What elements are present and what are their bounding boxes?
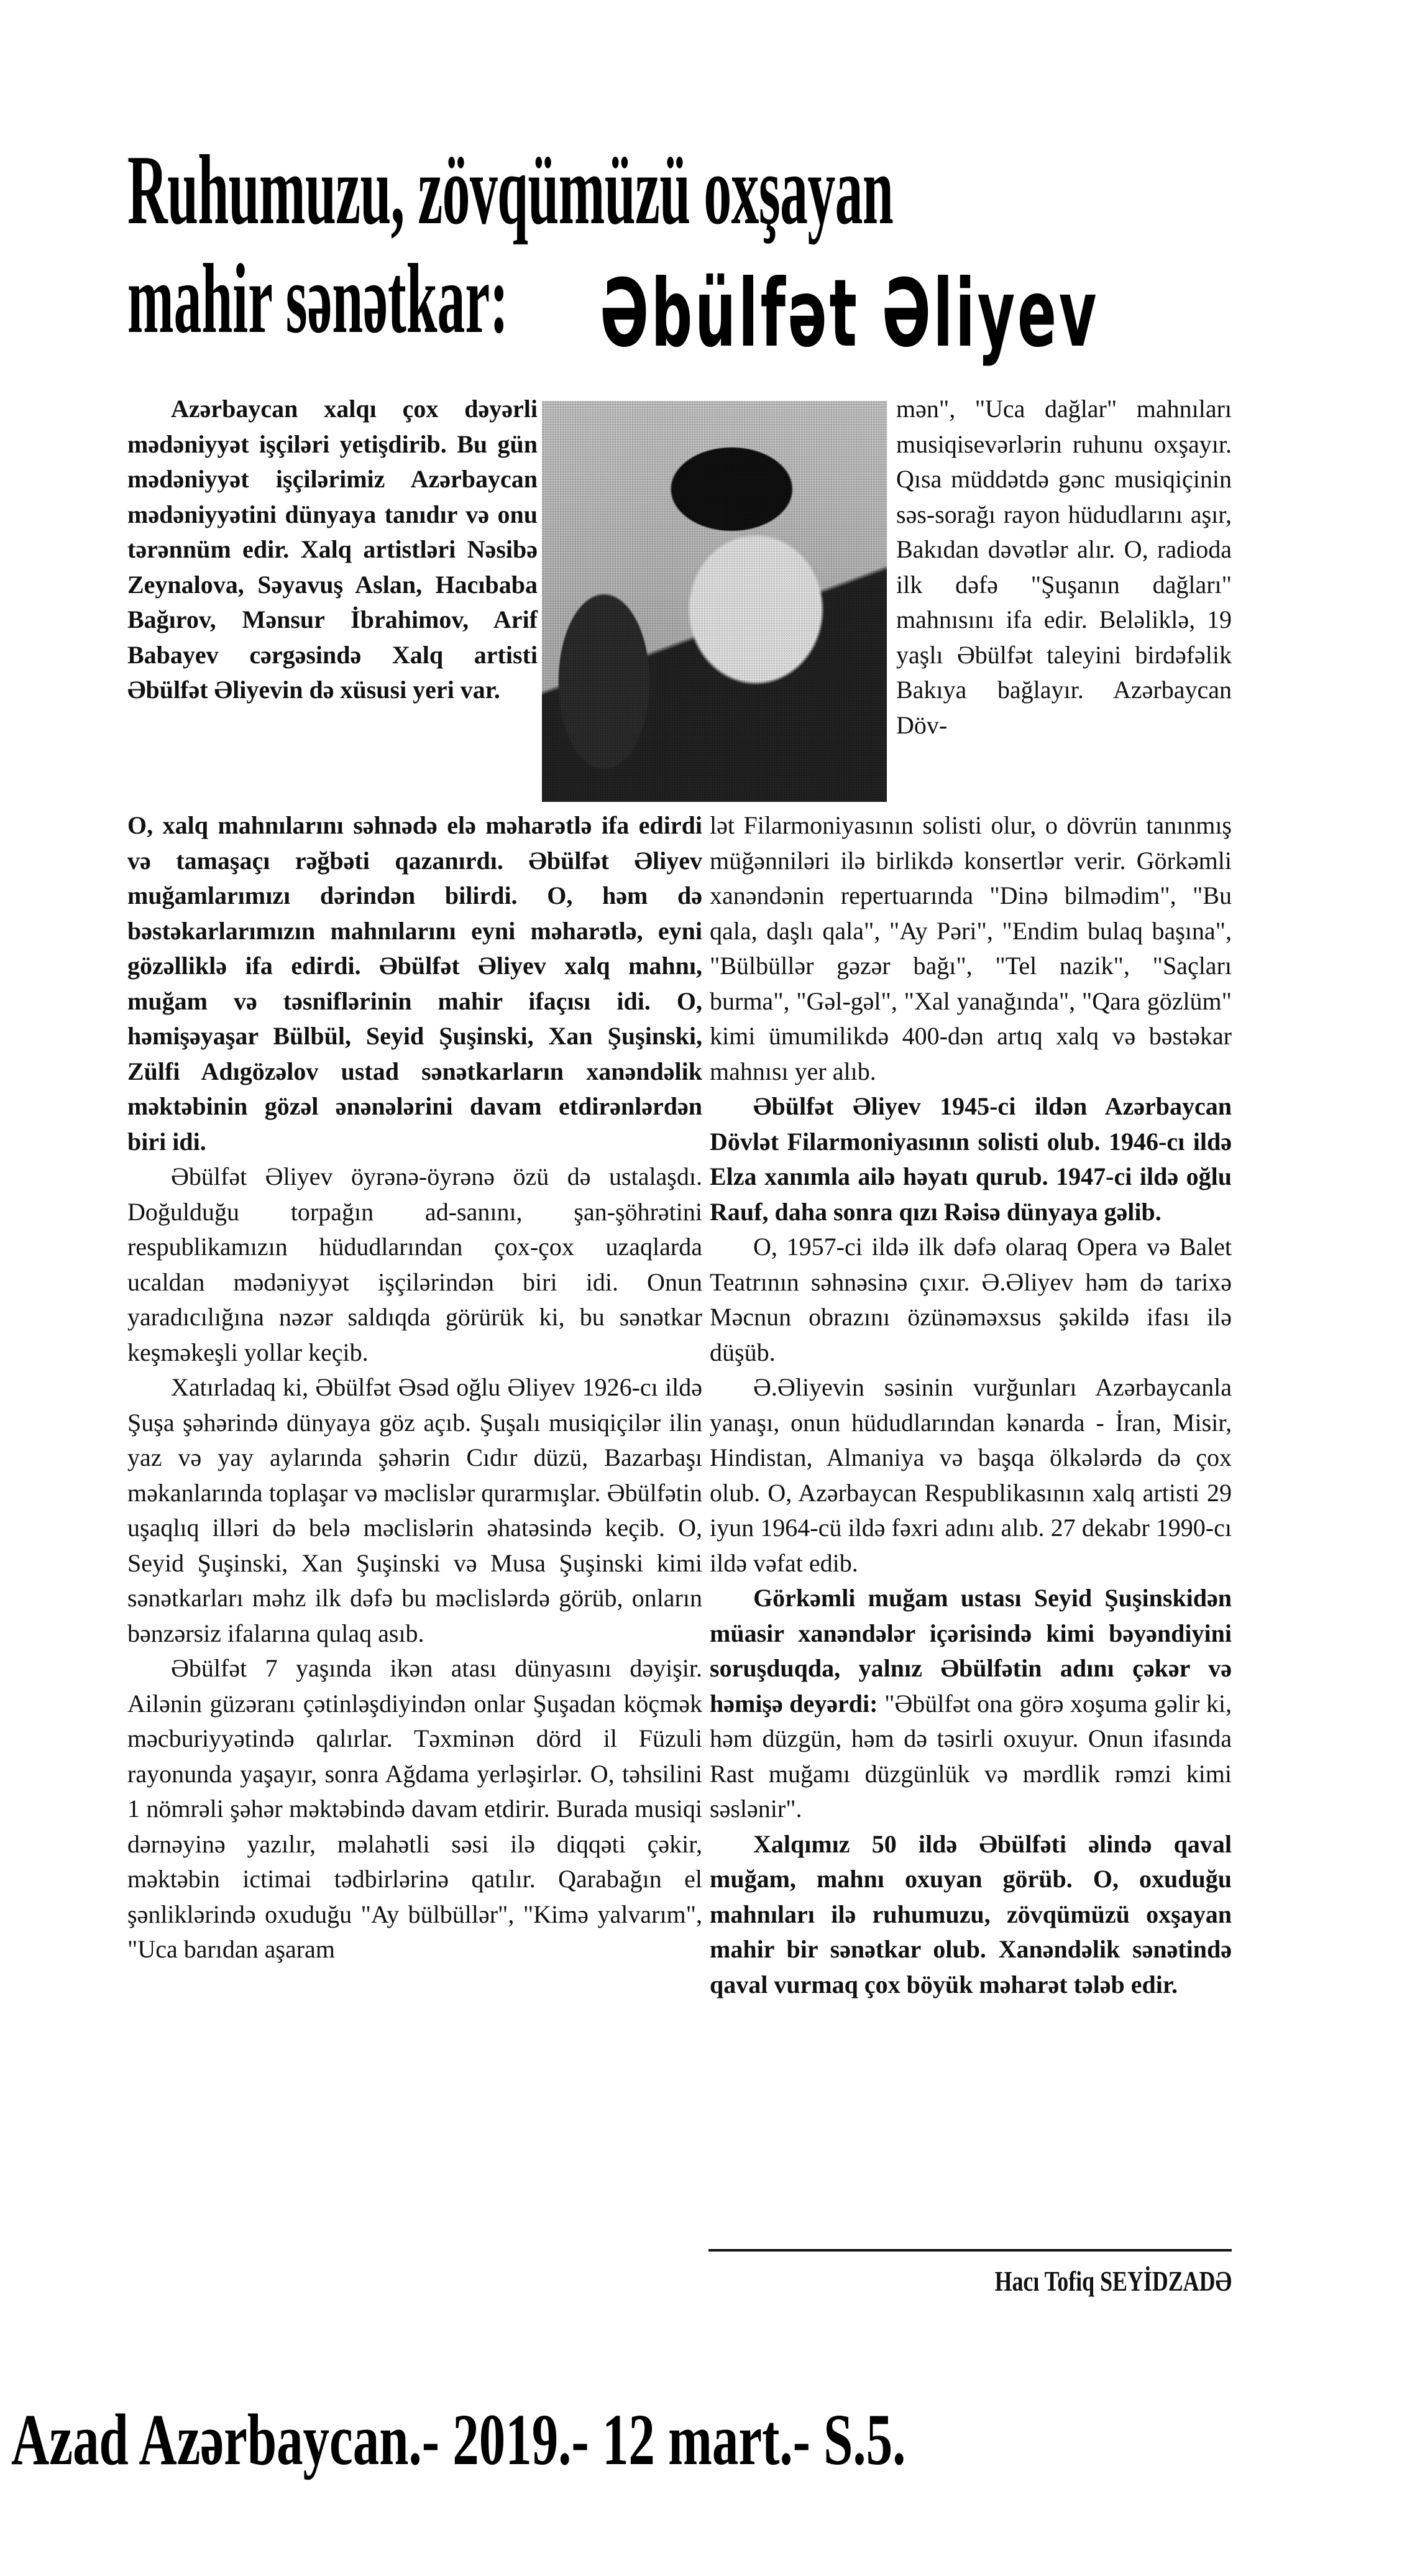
headline-line-2: mahir sənətkar: (127, 249, 508, 348)
portrait-photo (542, 401, 887, 802)
body-paragraph-1: Əbülfət Əliyev öyrənə-öyrənə özü də usta… (127, 1159, 702, 1370)
quote-paragraph: Görkəmli muğam ustası Seyid Şuşinskidən … (710, 1581, 1232, 1827)
newspaper-clipping: Ruhumuzu, zövqümüzü oxşayan mahir sənətk… (0, 0, 1407, 2576)
source-citation: Azad Azərbaycan.- 2019.- 12 mart.- S.5. (11, 2399, 905, 2480)
right-column-body: lət Filarmoniyasının solisti olur, o döv… (710, 808, 1232, 2002)
biography-paragraph: Əbülfət Əliyev 1945-ci ildən Azərbaycan … (710, 1089, 1232, 1230)
right-top-paragraph: mən", "Uca dağlar" mahnıları musiqisevər… (896, 392, 1232, 743)
left-column-body: O, xalq mahnılarını səhnədə elə məharətl… (127, 808, 702, 1967)
headline-line-1: Ruhumuzu, zövqümüzü oxşayan (127, 140, 893, 239)
abroad-paragraph: Ə.Əliyevin səsinin vurğunları Azərbaycan… (710, 1370, 1232, 1581)
opera-paragraph: O, 1957-ci ildə ilk dəfə olaraq Opera və… (710, 1230, 1232, 1370)
closing-paragraph: Xalqımız 50 ildə Əbülfəti əlində qaval m… (710, 1827, 1232, 2003)
signature-divider (708, 2249, 1232, 2252)
intro-paragraph: Azərbaycan xalqı çox dəyərli mədəniyyət … (127, 392, 538, 708)
headline-name: Əbülfət Əliyev (600, 267, 1099, 361)
body-paragraph-3: Əbülfət 7 yaşında ikən atası dünyasını d… (127, 1651, 702, 1967)
left-column-intro: Azərbaycan xalqı çox dəyərli mədəniyyət … (127, 392, 538, 708)
author-signature: Hacı Tofiq SEYİDZADƏ (708, 2263, 1232, 2300)
body-paragraph-2: Xatırladaq ki, Əbülfət Əsəd oğlu Əliyev … (127, 1370, 702, 1651)
repertoire-paragraph: lət Filarmoniyasının solisti olur, o döv… (710, 808, 1232, 1089)
performance-paragraph: O, xalq mahnılarını səhnədə elə məharətl… (127, 808, 702, 1159)
right-column-top: mən", "Uca dağlar" mahnıları musiqisevər… (896, 392, 1232, 743)
author-name: Hacı Tofiq SEYİDZADƏ (995, 2263, 1232, 2300)
